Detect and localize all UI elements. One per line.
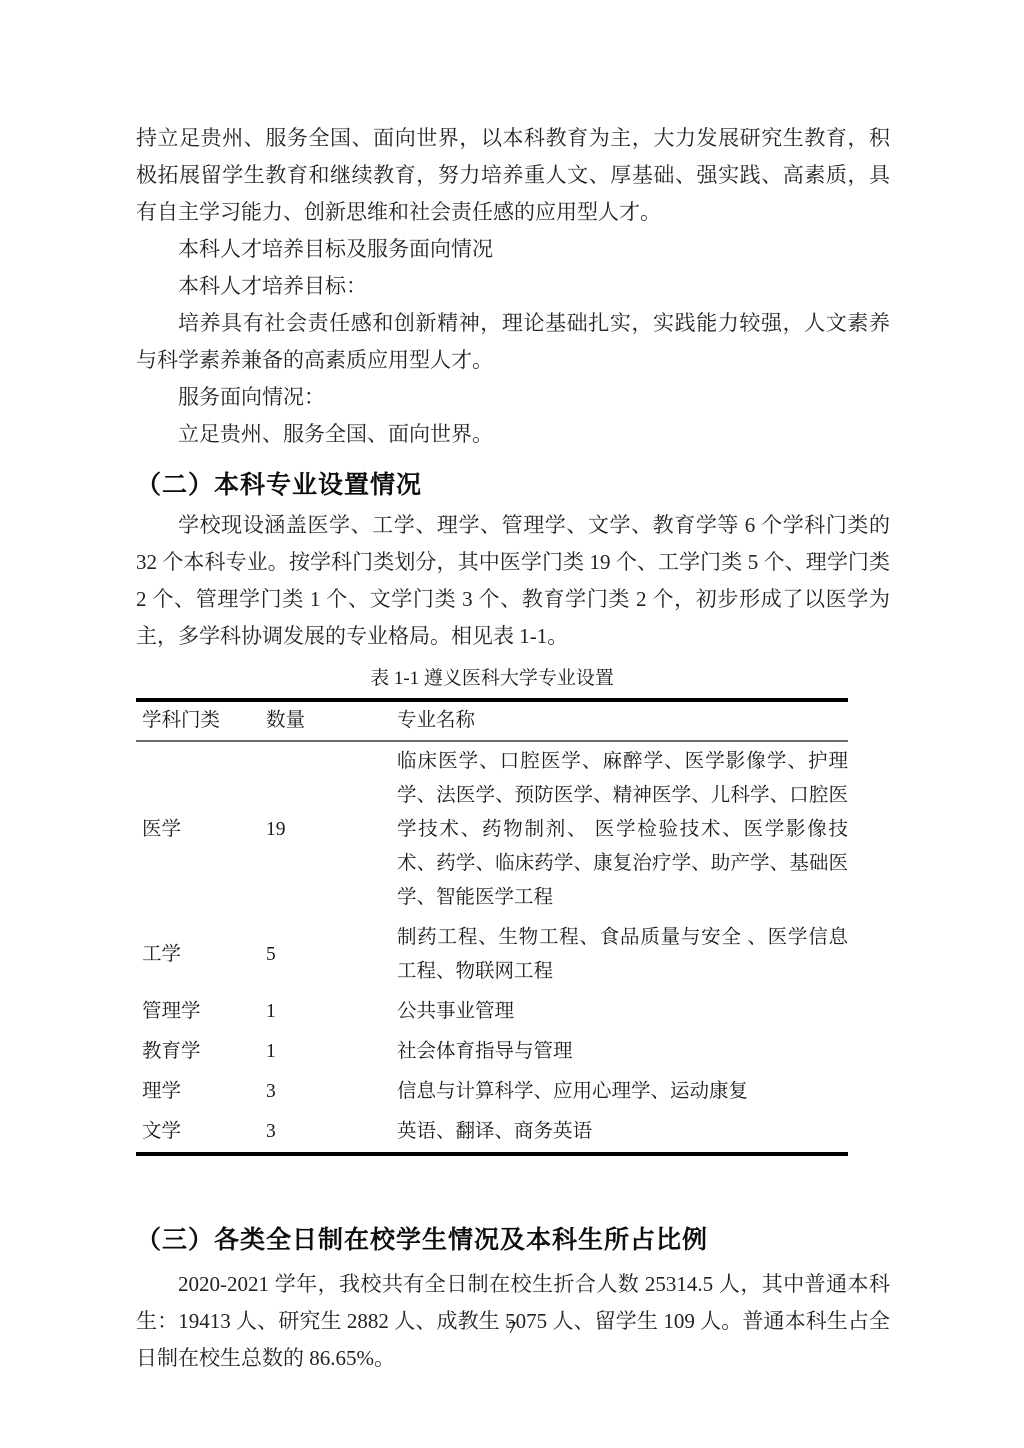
table-row-science: 理学 3 信息与计算科学、应用心理学、运动康复 bbox=[136, 1072, 848, 1112]
majors-cell: 社会体育指导与管理 bbox=[391, 1032, 848, 1072]
majors-cell: 英语、翻译、商务英语 bbox=[391, 1112, 848, 1154]
line-goal-and-service: 本科人才培养目标及服务面向情况 bbox=[136, 231, 890, 268]
header-majors: 专业名称 bbox=[391, 700, 848, 741]
continued-paragraph: 持立足贵州、服务全国、面向世界，以本科教育为主，大力发展研究生教育，积极拓展留学… bbox=[136, 120, 890, 231]
category-cell: 管理学 bbox=[136, 992, 260, 1032]
table-row-medicine: 医学 19 临床医学、口腔医学、麻醉学、医学影像学、护理学、法医学、预防医学、精… bbox=[136, 741, 848, 918]
table-row-management: 管理学 1 公共事业管理 bbox=[136, 992, 848, 1032]
header-category: 学科门类 bbox=[136, 700, 260, 741]
count-cell: 19 bbox=[260, 741, 391, 918]
count-cell: 1 bbox=[260, 992, 391, 1032]
category-cell: 理学 bbox=[136, 1072, 260, 1112]
table-body: 医学 19 临床医学、口腔医学、麻醉学、医学影像学、护理学、法医学、预防医学、精… bbox=[136, 741, 848, 1154]
line-service-value: 立足贵州、服务全国、面向世界。 bbox=[136, 416, 890, 453]
table-row-engineering: 工学 5 制药工程、生物工程、食品质量与安全 、医学信息工程、物联网工程 bbox=[136, 918, 848, 992]
majors-cell: 制药工程、生物工程、食品质量与安全 、医学信息工程、物联网工程 bbox=[391, 918, 848, 992]
section3-heading: （三）各类全日制在校学生情况及本科生所占比例 bbox=[136, 1222, 890, 1258]
category-cell: 工学 bbox=[136, 918, 260, 992]
category-cell: 医学 bbox=[136, 741, 260, 918]
count-cell: 1 bbox=[260, 1032, 391, 1072]
line-goal-label: 本科人才培养目标： bbox=[136, 268, 890, 305]
count-cell: 3 bbox=[260, 1072, 391, 1112]
section2-heading: （二）本科专业设置情况 bbox=[136, 467, 890, 503]
table-row-education: 教育学 1 社会体育指导与管理 bbox=[136, 1032, 848, 1072]
page-number: 7 bbox=[0, 1318, 1024, 1338]
table-header-row: 学科门类 数量 专业名称 bbox=[136, 700, 848, 741]
table-title: 表 1-1 遵义医科大学专业设置 bbox=[136, 664, 848, 694]
table-head: 学科门类 数量 专业名称 bbox=[136, 700, 848, 741]
category-cell: 教育学 bbox=[136, 1032, 260, 1072]
majors-cell: 公共事业管理 bbox=[391, 992, 848, 1032]
major-setup-table: 学科门类 数量 专业名称 医学 19 临床医学、口腔医学、麻醉学、医学影像学、护… bbox=[136, 698, 848, 1156]
category-cell: 文学 bbox=[136, 1112, 260, 1154]
majors-cell: 信息与计算科学、应用心理学、运动康复 bbox=[391, 1072, 848, 1112]
page-content: 持立足贵州、服务全国、面向世界，以本科教育为主，大力发展研究生教育，积极拓展留学… bbox=[136, 120, 890, 1377]
goal-paragraph: 培养具有社会责任感和创新精神，理论基础扎实，实践能力较强，人文素养与科学素养兼备… bbox=[136, 305, 890, 379]
document-page: 持立足贵州、服务全国、面向世界，以本科教育为主，大力发展研究生教育，积极拓展留学… bbox=[0, 0, 1024, 1448]
count-cell: 5 bbox=[260, 918, 391, 992]
majors-cell: 临床医学、口腔医学、麻醉学、医学影像学、护理学、法医学、预防医学、精神医学、儿科… bbox=[391, 741, 848, 918]
section2-paragraph: 学校现设涵盖医学、工学、理学、管理学、文学、教育学等 6 个学科门类的 32 个… bbox=[136, 507, 890, 655]
count-cell: 3 bbox=[260, 1112, 391, 1154]
table-row-literature: 文学 3 英语、翻译、商务英语 bbox=[136, 1112, 848, 1154]
header-count: 数量 bbox=[260, 700, 391, 741]
line-service-label: 服务面向情况： bbox=[136, 379, 890, 416]
